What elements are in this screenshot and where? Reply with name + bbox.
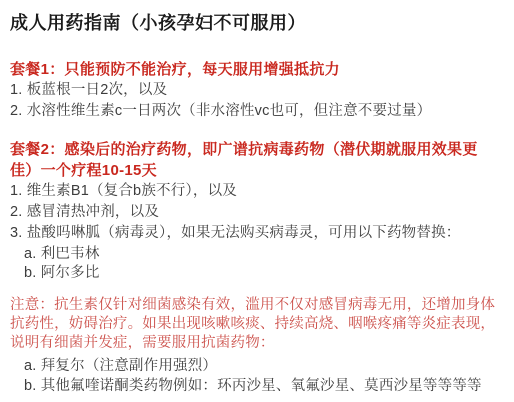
meal1-item-2: 2. 水溶性维生素c一日两次（非水溶性vc也可，但注意不要过量） xyxy=(10,101,500,122)
meal1-item-1: 1. 板蓝根一日2次，以及 xyxy=(10,80,500,101)
meal2-item-3: 3. 盐酸吗啉胍（病毒灵），如果无法购买病毒灵，可用以下药物替换： xyxy=(10,223,500,244)
section-meal1: 套餐1：只能预防不能治疗，每天服用增强抵抗力 1. 板蓝根一日2次，以及 2. … xyxy=(10,59,500,122)
section-meal2: 套餐2：感染后的治疗药物，即广谱抗病毒药物（潜伏期就服用效果更佳）一个疗程10-… xyxy=(10,139,500,282)
section-notice: 注意：抗生素仅针对细菌感染有效，滥用不仅对感冒病毒无用，还增加身体抗药性，妨碍治… xyxy=(10,296,500,396)
medication-guide-document: 成人用药指南（小孩孕妇不可服用） 套餐1：只能预防不能治疗，每天服用增强抵抗力 … xyxy=(0,0,514,402)
page-title: 成人用药指南（小孩孕妇不可服用） xyxy=(10,10,500,36)
meal2-item-2: 2. 感冒清热冲剂，以及 xyxy=(10,202,500,223)
meal2-item-1: 1. 维生素B1（复合b族不行），以及 xyxy=(10,181,500,202)
notice-text: 注意：抗生素仅针对细菌感染有效，滥用不仅对感冒病毒无用，还增加身体抗药性，妨碍治… xyxy=(10,296,500,353)
substitute-item-a: a. 利巴韦林 xyxy=(24,244,500,263)
notice-drug-a: a. 拜复尔（注意副作用强烈） xyxy=(24,356,500,376)
meal1-heading: 套餐1：只能预防不能治疗，每天服用增强抵抗力 xyxy=(10,59,500,80)
meal2-heading: 套餐2：感染后的治疗药物，即广谱抗病毒药物（潜伏期就服用效果更佳）一个疗程10-… xyxy=(10,139,500,181)
notice-drug-b: b. 其他氟喹诺酮类药物例如：环丙沙星、氧氟沙星、莫西沙星等等等等 xyxy=(24,376,500,396)
notice-drug-list: a. 拜复尔（注意副作用强烈） b. 其他氟喹诺酮类药物例如：环丙沙星、氧氟沙星… xyxy=(10,356,500,396)
substitute-item-b: b. 阿尔多比 xyxy=(24,263,500,282)
